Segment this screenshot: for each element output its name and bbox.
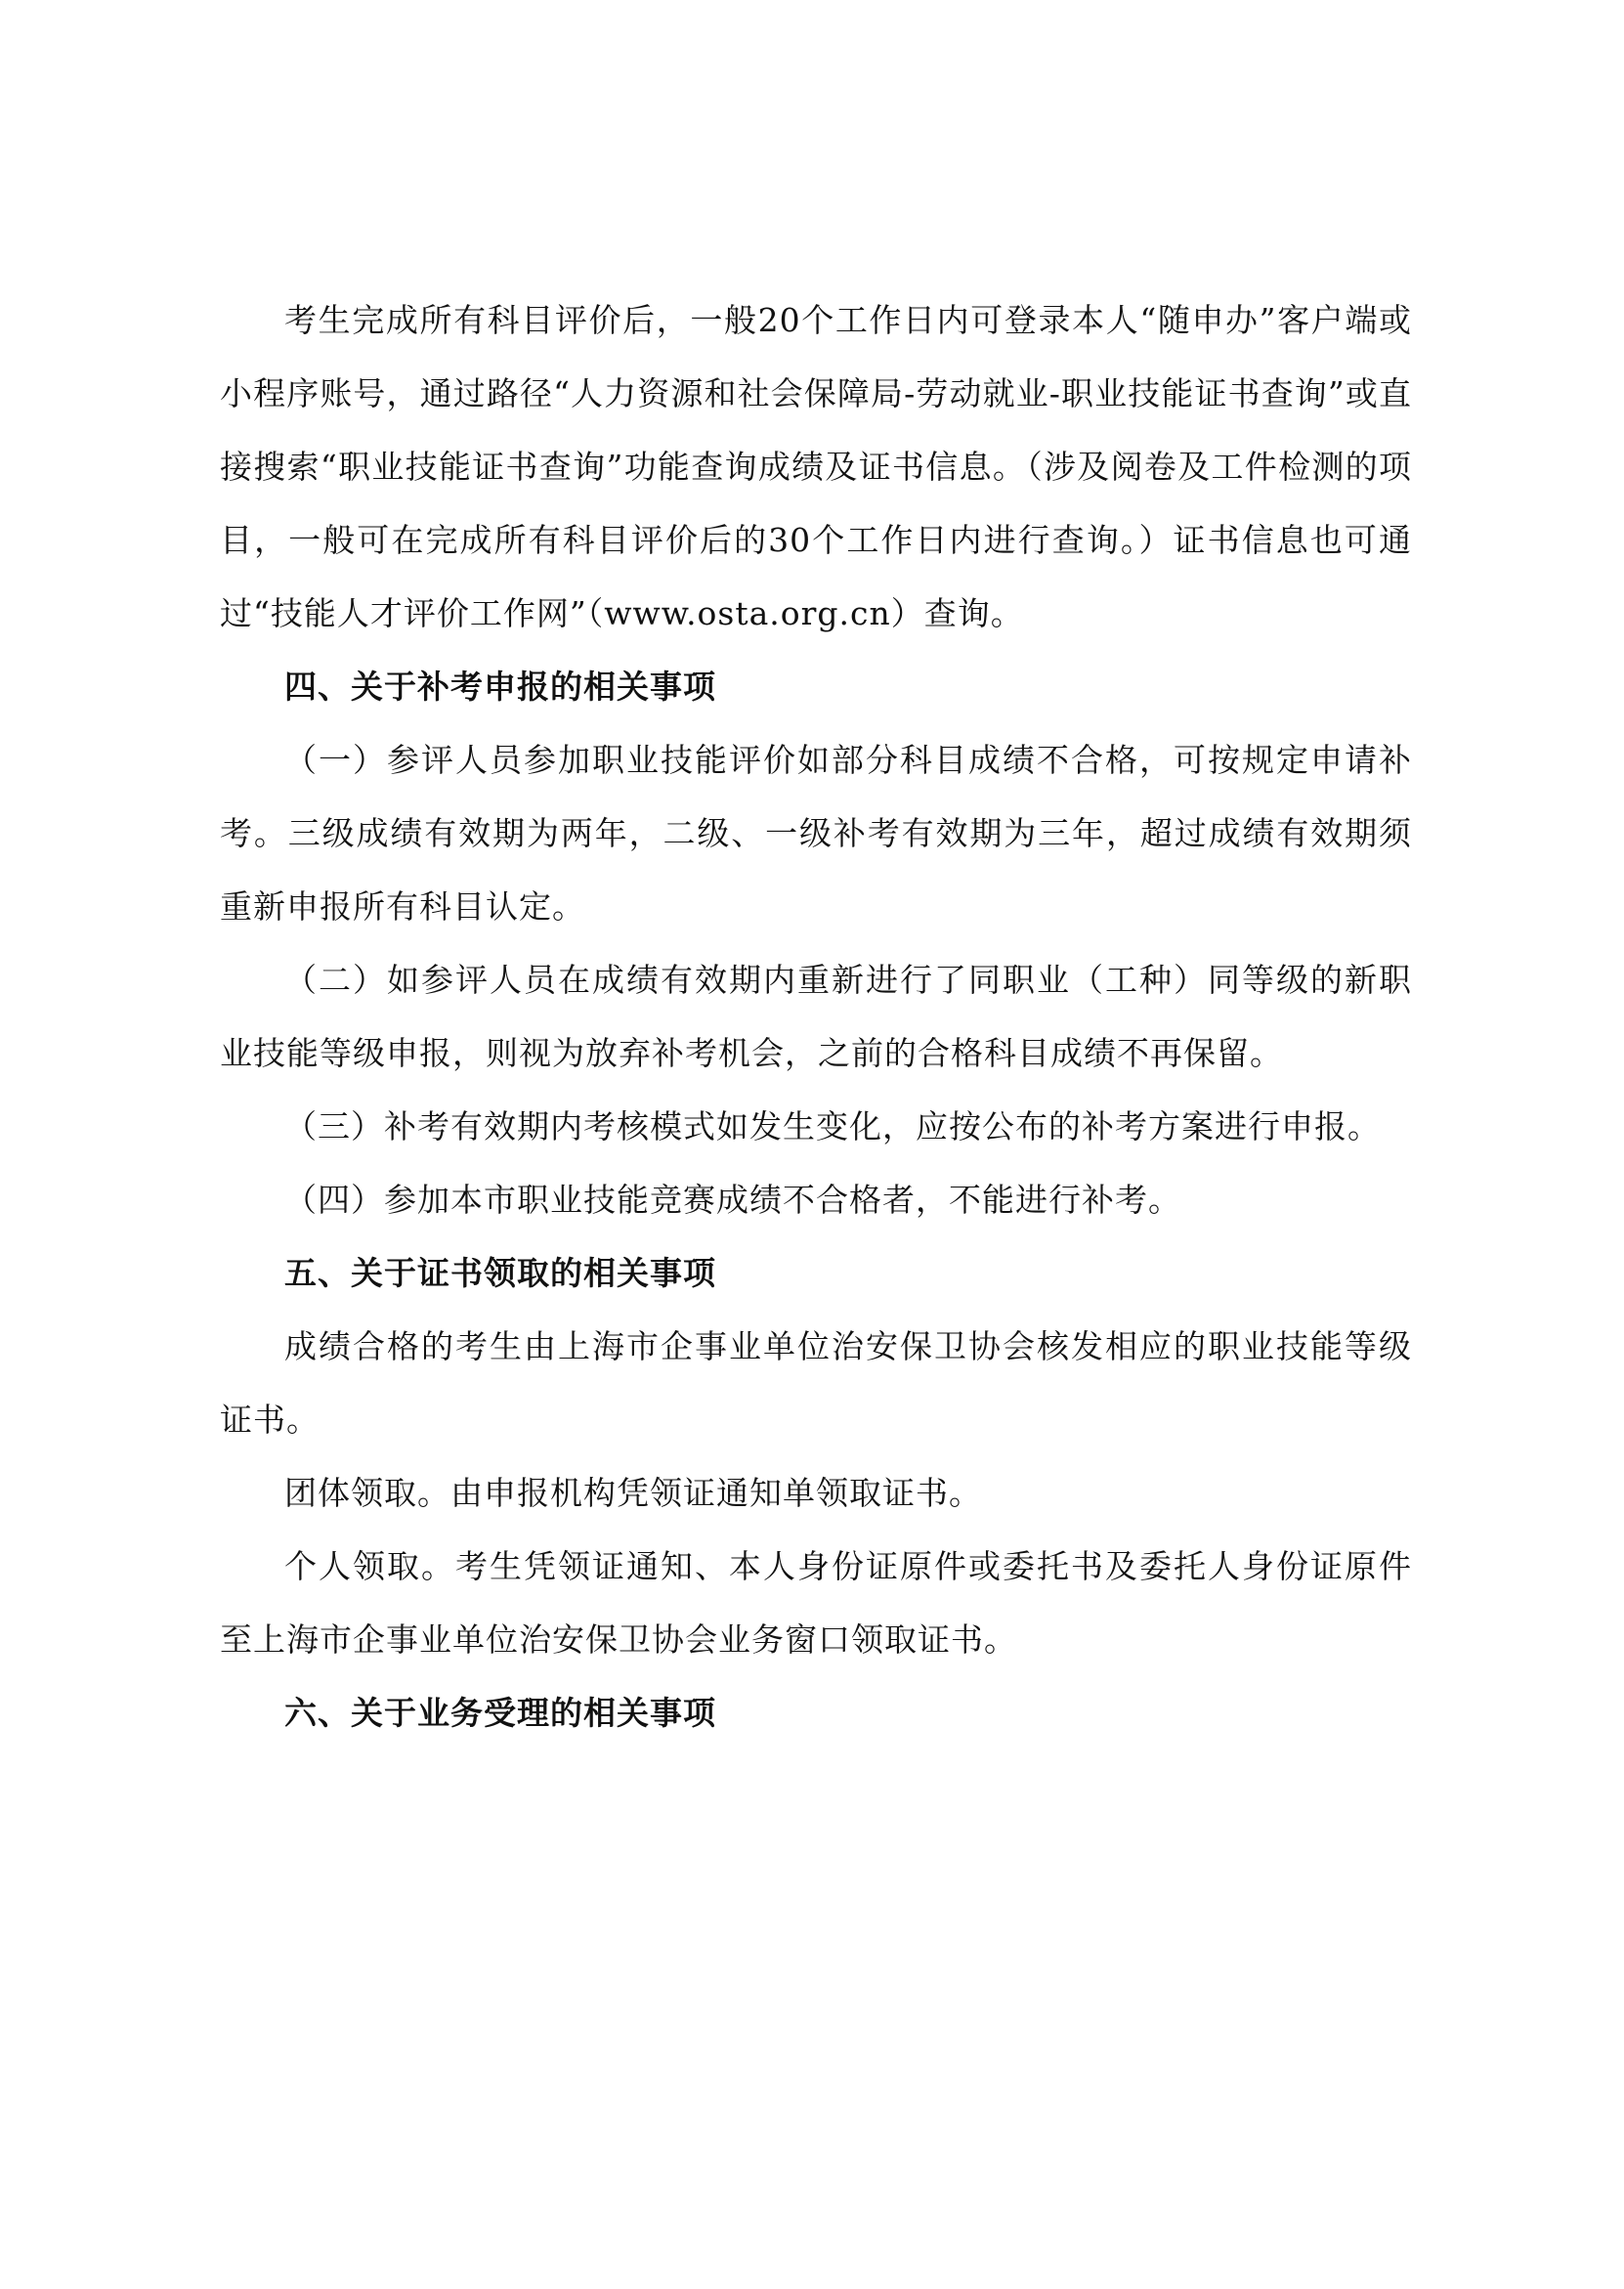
document-page: 考生完成所有科目评价后，一般20个工作日内可登录本人“随申办”客户端或小程序账号… — [0, 0, 1624, 2289]
paragraph-4-4: （四）参加本市职业技能竞赛成绩不合格者，不能进行补考。 — [220, 1163, 1412, 1236]
paragraph-4-1: （一）参评人员参加职业技能评价如部分科目成绩不合格，可按规定申请补考。三级成绩有… — [220, 723, 1412, 943]
paragraph-5-1: 成绩合格的考生由上海市企事业单位治安保卫协会核发相应的职业技能等级证书。 — [220, 1310, 1412, 1456]
heading-section-6: 六、关于业务受理的相关事项 — [220, 1676, 1412, 1749]
heading-section-4: 四、关于补考申报的相关事项 — [220, 650, 1412, 723]
paragraph-5-2: 团体领取。由申报机构凭领证通知单领取证书。 — [220, 1456, 1412, 1530]
heading-section-5: 五、关于证书领取的相关事项 — [220, 1236, 1412, 1310]
document-body: 考生完成所有科目评价后，一般20个工作日内可登录本人“随申办”客户端或小程序账号… — [220, 283, 1412, 1749]
paragraph-5-3: 个人领取。考生凭领证通知、本人身份证原件或委托书及委托人身份证原件至上海市企事业… — [220, 1530, 1412, 1676]
paragraph-4-3: （三）补考有效期内考核模式如发生变化，应按公布的补考方案进行申报。 — [220, 1090, 1412, 1163]
paragraph-4-2: （二）如参评人员在成绩有效期内重新进行了同职业（工种）同等级的新职业技能等级申报… — [220, 943, 1412, 1090]
paragraph-score-query: 考生完成所有科目评价后，一般20个工作日内可登录本人“随申办”客户端或小程序账号… — [220, 283, 1412, 650]
